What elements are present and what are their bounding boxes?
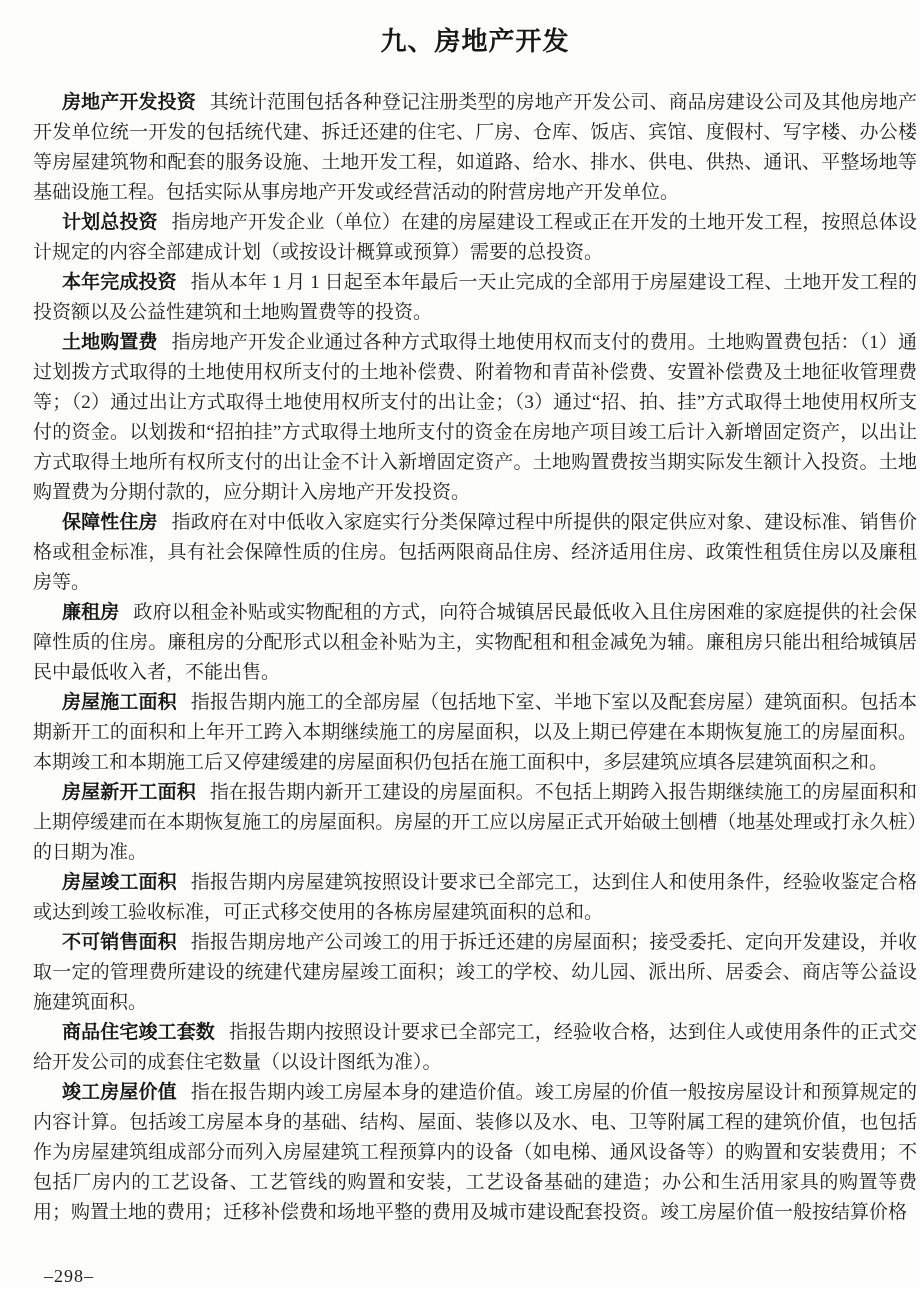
definition-paragraph: 廉租房政府以租金补贴或实物配租的方式，向符合城镇居民最低收入且住房困难的家庭提供… [33,598,917,688]
page-number: –298– [44,1266,94,1287]
definition-text: 指政府在对中低收入家庭实行分类保障过程中所提供的限定供应对象、建设标准、销售价格… [33,512,917,593]
term-label: 房屋新开工面积 [62,782,196,803]
definition-text: 指房地产开发企业（单位）在建的房屋建设工程或正在开发的土地开发工程，按照总体设计… [33,212,917,263]
section-title: 九、房地产开发 [33,24,917,58]
glossary: 房地产开发投资其统计范围包括各种登记注册类型的房地产开发公司、商品房建设公司及其… [33,88,917,1228]
term-label: 不可销售面积 [62,932,177,953]
definition-paragraph: 土地购置费指房地产开发企业通过各种方式取得土地使用权而支付的费用。土地购置费包括… [33,328,917,508]
definition-paragraph: 房屋施工面积指报告期内施工的全部房屋（包括地下室、半地下室以及配套房屋）建筑面积… [33,688,917,778]
term-label: 房屋施工面积 [62,692,177,713]
document-page: 九、房地产开发 房地产开发投资其统计范围包括各种登记注册类型的房地产开发公司、商… [0,0,921,1289]
definition-text: 指房地产开发企业通过各种方式取得土地使用权而支付的费用。土地购置费包括：（1）通… [33,332,917,503]
term-label: 商品住宅竣工套数 [62,1022,215,1043]
definition-paragraph: 房屋新开工面积指在报告期内新开工建设的房屋面积。不包括上期跨入报告期继续施工的房… [33,778,917,868]
term-label: 土地购置费 [62,332,158,353]
definition-paragraph: 房屋竣工面积指报告期内房屋建筑按照设计要求已全部完工，达到住人和使用条件，经验收… [33,868,917,928]
definition-paragraph: 竣工房屋价值指在报告期内竣工房屋本身的建造价值。竣工房屋的价值一般按房屋设计和预… [33,1078,917,1228]
term-label: 本年完成投资 [62,272,177,293]
term-label: 竣工房屋价值 [62,1082,177,1103]
definition-text: 政府以租金补贴或实物配租的方式，向符合城镇居民最低收入且住房困难的家庭提供的社会… [33,602,917,683]
term-label: 保障性住房 [62,512,158,533]
definition-text: 指在报告期内竣工房屋本身的建造价值。竣工房屋的价值一般按房屋设计和预算规定的内容… [33,1082,917,1223]
term-label: 房屋竣工面积 [62,872,177,893]
definition-paragraph: 商品住宅竣工套数指报告期内按照设计要求已全部完工，经验收合格，达到住人或使用条件… [33,1018,917,1078]
term-label: 计划总投资 [62,212,158,233]
term-label: 房地产开发投资 [62,92,196,113]
definition-paragraph: 本年完成投资指从本年 1 月 1 日起至本年最后一天止完成的全部用于房屋建设工程… [33,268,917,328]
definition-paragraph: 不可销售面积指报告期房地产公司竣工的用于拆迁还建的房屋面积；接受委托、定向开发建… [33,928,917,1018]
term-label: 廉租房 [62,602,119,623]
definition-paragraph: 保障性住房指政府在对中低收入家庭实行分类保障过程中所提供的限定供应对象、建设标准… [33,508,917,598]
definition-paragraph: 计划总投资指房地产开发企业（单位）在建的房屋建设工程或正在开发的土地开发工程，按… [33,208,917,268]
definition-paragraph: 房地产开发投资其统计范围包括各种登记注册类型的房地产开发公司、商品房建设公司及其… [33,88,917,208]
